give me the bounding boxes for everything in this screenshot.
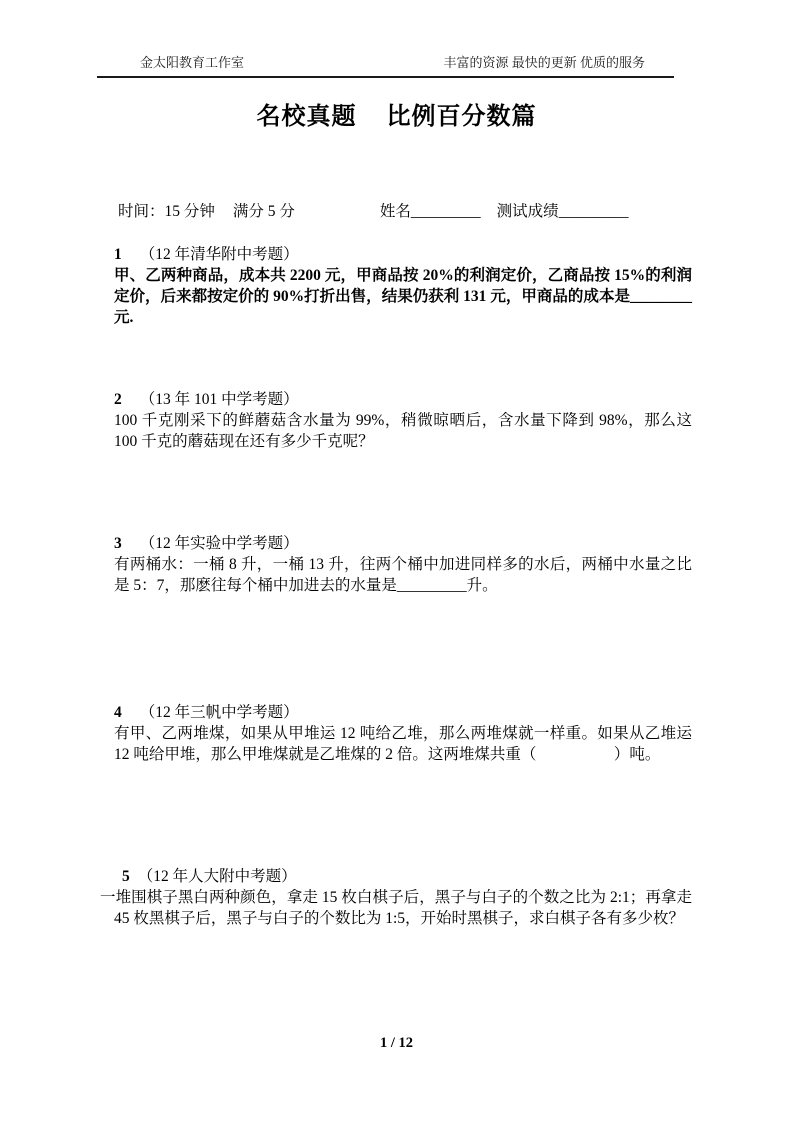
- problem-1-text: 甲、乙两种商品，成本共 2200 元，甲商品按 20%的利润定价，乙商品按 15…: [114, 265, 692, 328]
- problem-1: 1（12 年清华附中考题） 甲、乙两种商品，成本共 2200 元，甲商品按 20…: [114, 244, 692, 328]
- problem-4-source: （12 年三帆中学考题）: [140, 704, 299, 721]
- problem-4-text: 有甲、乙两堆煤，如果从甲堆运 12 吨给乙堆，那么两堆煤就一样重。如果从乙堆运 …: [114, 723, 692, 765]
- problem-2: 2（13 年 101 中学考题） 100 千克刚采下的鲜蘑菇含水量为 99%，稍…: [114, 389, 692, 452]
- header-slogan: 丰富的资源 最快的更新 优质的服务: [443, 52, 645, 71]
- problem-5-number: 5: [122, 868, 130, 885]
- name-label: 姓名: [380, 203, 411, 220]
- problem-2-text: 100 千克刚采下的鲜蘑菇含水量为 99%，稍微晾晒后，含水量下降到 98%，那…: [114, 410, 692, 452]
- page-number: 1 / 12: [0, 1035, 793, 1052]
- problem-4-header: 4（12 年三帆中学考题）: [114, 702, 692, 723]
- page-title-topic: 比例百分数篇: [387, 103, 537, 130]
- problem-1-header: 1（12 年清华附中考题）: [114, 244, 692, 265]
- page-title: 名校真题比例百分数篇: [0, 96, 793, 131]
- problem-1-number: 1: [114, 246, 122, 263]
- problem-5: 5（12 年人大附中考题） 一堆围棋子黑白两种颜色，拿走 15 枚白棋子后，黑子…: [114, 866, 692, 929]
- problem-2-source: （13 年 101 中学考题）: [140, 391, 299, 408]
- problem-5-header: 5（12 年人大附中考题）: [114, 866, 692, 887]
- problem-5-text: 一堆围棋子黑白两种颜色，拿走 15 枚白棋子后，黑子与白子的个数之比为 2:1；…: [114, 887, 692, 929]
- problem-5-source: （12 年人大附中考题）: [138, 868, 297, 885]
- problem-3-source: （12 年实验中学考题）: [140, 535, 299, 552]
- document-page: 金太阳教育工作室 丰富的资源 最快的更新 优质的服务 名校真题比例百分数篇 时间…: [0, 0, 793, 1122]
- problem-1-source: （12 年清华附中考题）: [140, 246, 299, 263]
- header-divider: [97, 76, 674, 78]
- page-title-series: 名校真题: [257, 103, 357, 130]
- problem-3-text: 有两桶水：一桶 8 升，一桶 13 升，往两个桶中加进同样多的水后，两桶中水量之…: [114, 554, 692, 596]
- test-result-label: 测试成绩: [497, 203, 559, 220]
- header-studio-name: 金太阳教育工作室: [140, 52, 244, 71]
- time-limit-label: 时间：15 分钟: [118, 203, 215, 220]
- test-result-blank-line: _________: [559, 203, 629, 220]
- problem-3: 3（12 年实验中学考题） 有两桶水：一桶 8 升，一桶 13 升，往两个桶中加…: [114, 533, 692, 596]
- problem-4: 4（12 年三帆中学考题） 有甲、乙两堆煤，如果从甲堆运 12 吨给乙堆，那么两…: [114, 702, 692, 765]
- name-blank-line: _________: [411, 203, 481, 220]
- problem-3-header: 3（12 年实验中学考题）: [114, 533, 692, 554]
- problem-2-header: 2（13 年 101 中学考题）: [114, 389, 692, 410]
- test-info-line: 时间：15 分钟满分 5 分姓名_________测试成绩_________: [118, 199, 628, 221]
- problem-4-number: 4: [114, 704, 122, 721]
- full-score-label: 满分 5 分: [233, 203, 295, 220]
- problem-3-number: 3: [114, 535, 122, 552]
- problem-2-number: 2: [114, 391, 122, 408]
